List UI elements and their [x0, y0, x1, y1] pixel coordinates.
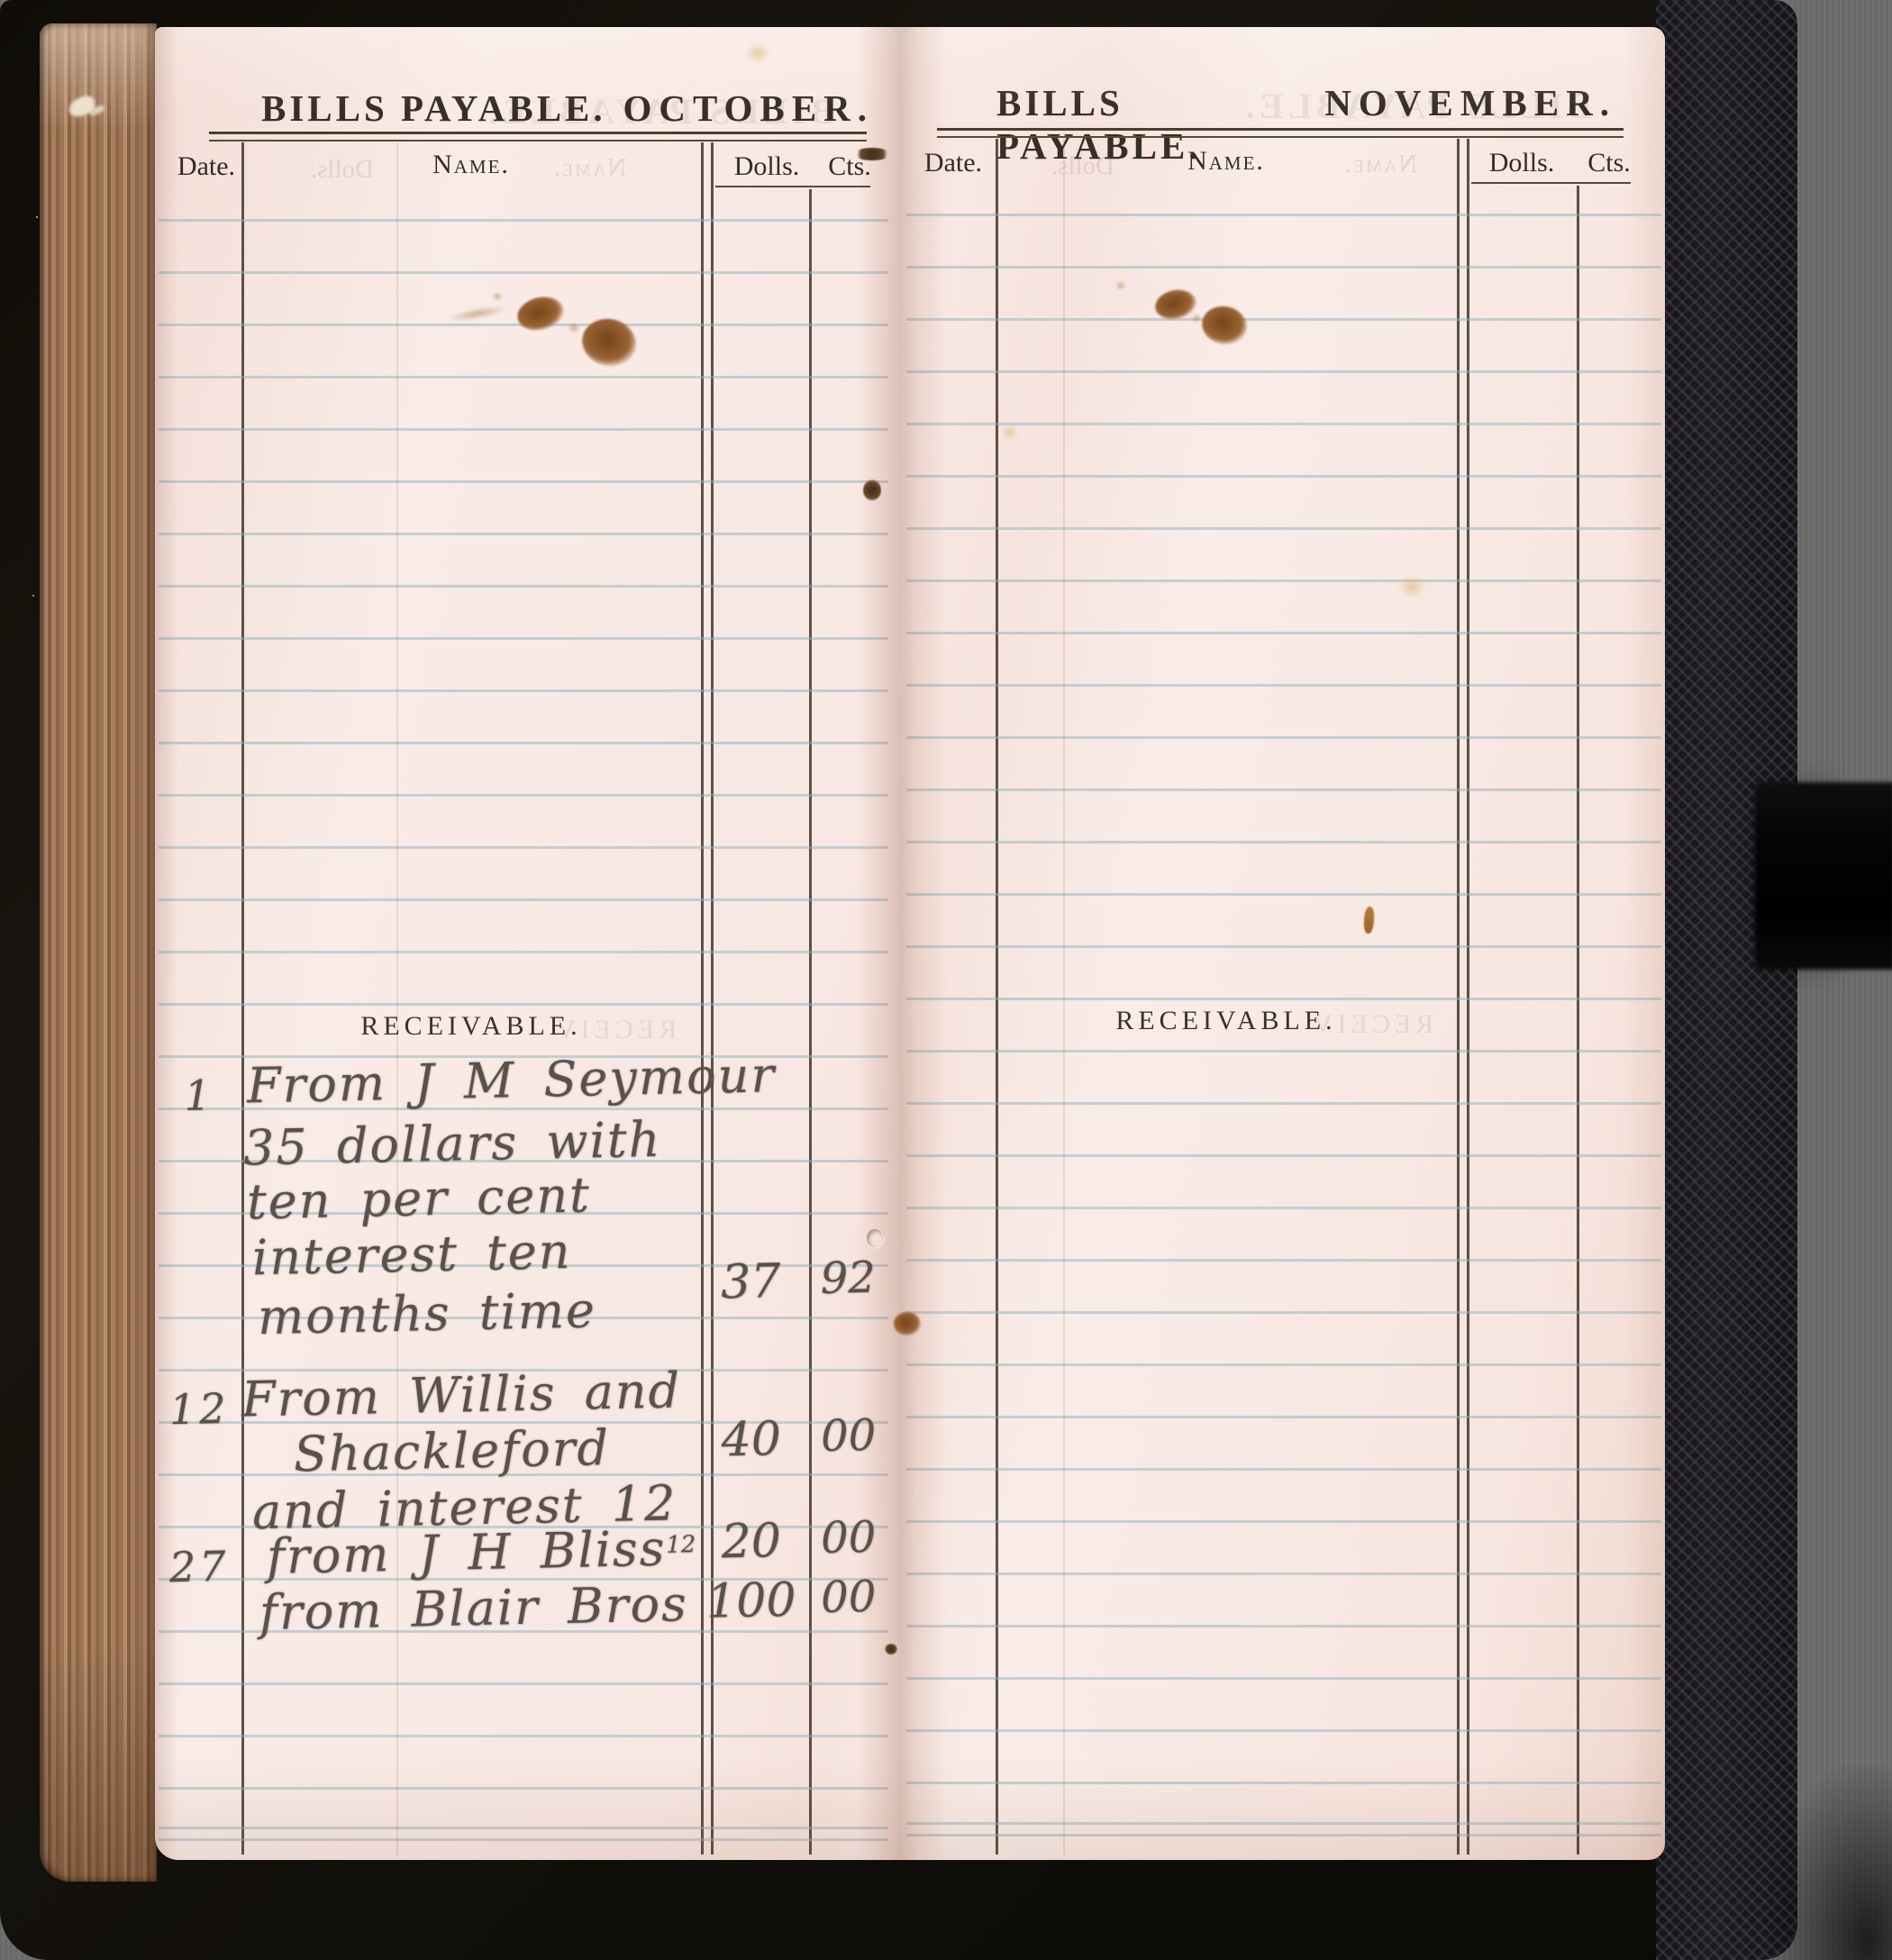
- entry-cents: 00: [808, 1572, 888, 1624]
- page-title-text: BILLS PAYABLE.: [261, 87, 606, 130]
- entry-text: ten per cent: [241, 1166, 591, 1230]
- cover-dust-specks: [36, 216, 38, 218]
- header-rule-bottom: [937, 136, 1624, 138]
- header-rule-bottom: [209, 140, 867, 141]
- entry-cents: 00: [808, 1410, 888, 1463]
- receivable-section-label: RECEIVABLE.: [241, 1011, 701, 1042]
- scan-corner-shadow: [1766, 1766, 1892, 1960]
- header-rule-top: [209, 132, 867, 134]
- entry-text: Shackleford: [241, 1419, 610, 1484]
- entry-text: months time: [241, 1281, 596, 1345]
- entry-text: from J H Bliss12: [241, 1519, 696, 1586]
- entry-dollars: 20: [693, 1513, 809, 1570]
- page-title: BILLS PAYABLE. OCTOBER.: [261, 87, 874, 130]
- entry-text: from Blair Bros: [241, 1575, 688, 1641]
- page-edge-stack: [40, 23, 157, 1882]
- entry-dollars: 37: [693, 1253, 809, 1310]
- entry-text: From J M Seymour: [241, 1046, 776, 1114]
- entry-text: interest ten: [241, 1223, 572, 1287]
- entry-cents: 00: [808, 1512, 888, 1564]
- footer-rule-2: [159, 1838, 888, 1841]
- entry-cents: 92: [808, 1253, 888, 1305]
- header-rule-top: [937, 128, 1624, 131]
- ledger-page-november: BILLS PAYABLE. BILLS PAYABLE. NOVEMBER. …: [903, 27, 1665, 1860]
- ruled-lines: [906, 164, 1661, 1820]
- clasp-strap: [1755, 782, 1892, 970]
- page-month-text: OCTOBER.: [623, 87, 874, 130]
- entry-date: 1: [159, 1071, 241, 1121]
- scanned-ledger-photo: { "left_page": { "title": "BILLS PAYABLE…: [0, 0, 1892, 1960]
- footer-rule-2: [906, 1834, 1661, 1837]
- ledger-page-october: BILLS PAYABLE. BILLS PAYABLE. OCTOBER. D…: [155, 27, 890, 1860]
- entry-dollars: 40: [693, 1411, 809, 1468]
- receivable-section-label: RECEIVABLE.: [996, 1006, 1457, 1036]
- entry-text: From Willis and: [241, 1362, 681, 1427]
- footer-rule-1: [906, 1822, 1661, 1825]
- entry-text-superscript: 12: [666, 1531, 696, 1559]
- entry-dollars: 100: [693, 1573, 809, 1629]
- footer-rule-1: [159, 1827, 888, 1829]
- open-ledger-spread: BILLS PAYABLE. BILLS PAYABLE. OCTOBER. D…: [155, 27, 1665, 1860]
